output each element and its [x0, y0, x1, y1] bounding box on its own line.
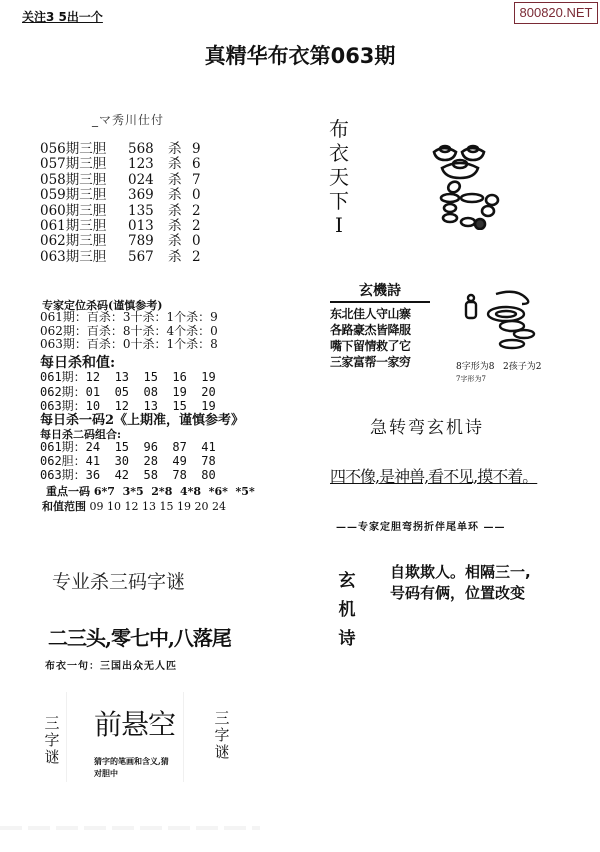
page-title: 真精华布衣第063期 — [0, 40, 600, 70]
period-label: 060期三胆 — [40, 204, 128, 219]
xuanji-poem-text: 自欺欺人。相隔三一, 号码有俩，位置改变 — [390, 562, 531, 604]
daily-sum-title: 每日杀和值: — [40, 352, 115, 372]
list-item: 061期：12 13 15 16 19 — [40, 370, 216, 385]
urgent-poem-title: 急转弯玄机诗 — [0, 413, 600, 438]
key-code-row: 重点一码 6*7 3*5 2*8 4*8 *6* *5* — [46, 483, 255, 499]
dan-numbers: 789 — [128, 234, 168, 249]
char: 三 — [44, 715, 60, 732]
dan-numbers: 135 — [128, 204, 168, 219]
char: 玄 — [337, 567, 357, 596]
three-char-riddle-label-right: 三 字 谜 — [214, 710, 230, 761]
kill-number: 0 — [192, 188, 212, 203]
list-item: 056期三胆568杀9 — [40, 142, 212, 157]
poem-line: 三家富帮一家穷 — [330, 354, 430, 370]
sum-range-row: 和值范围 09 10 12 13 15 19 20 24 — [42, 498, 226, 514]
kill-number: 7 — [192, 173, 212, 188]
faint-footer-artifact — [0, 826, 260, 830]
xuanji-poem-box: 玄機詩 东北佳人守山寨 各路豪杰皆降服 嘴下留情救了它 三家富帮一家穷 — [330, 280, 430, 370]
period-label: 063期三胆 — [40, 250, 128, 265]
gold-ingot-stack-icon — [428, 140, 518, 230]
dan-numbers: 024 — [128, 173, 168, 188]
char: 衣 — [328, 141, 350, 165]
kill-label: 杀 — [168, 219, 192, 234]
char: 布 — [328, 117, 350, 141]
period-label: 057期三胆 — [40, 157, 128, 172]
poem-line: 各路豪杰皆降服 — [330, 322, 430, 338]
poem-line: 自欺欺人。相隔三一, — [390, 562, 531, 583]
kill-number: 0 — [192, 234, 212, 249]
period-label: 062期三胆 — [40, 234, 128, 249]
period-label: 056期三胆 — [40, 142, 128, 157]
key-code-values: 6*7 3*5 2*8 4*8 *6* *5* — [94, 485, 255, 498]
poem-line: 东北佳人守山寨 — [330, 306, 430, 322]
buyi-line: 布衣一句：三国出众无人匹 — [45, 657, 177, 672]
position-kill-list: 061期：百杀：3十杀：1个杀：9 062期：百杀：8十杀：4个杀：0 063期… — [40, 311, 218, 352]
sum-range-label: 和值范围 — [42, 500, 86, 513]
three-dan-list: 056期三胆568杀9 057期三胆123杀6 058期三胆024杀7 059期… — [40, 142, 212, 265]
kill-label: 杀 — [168, 188, 192, 203]
riddle-hint: 猜字的笔画和含义,猜对胆中 — [94, 755, 174, 779]
caption-line: 8字形为8 2孩子为2 — [456, 361, 542, 373]
poem-title: 玄機詩 — [330, 280, 430, 303]
list-item: 062期：百杀：8十杀：4个杀：0 — [40, 325, 218, 339]
poem-line: 嘴下留情救了它 — [330, 338, 430, 354]
char: 天 — [328, 165, 350, 189]
kill-number: 6 — [192, 157, 212, 172]
sum-range-values: 09 10 12 13 15 19 20 24 — [90, 500, 226, 513]
list-item: 061期：百杀：3十杀：1个杀：9 — [40, 311, 218, 325]
kill-label: 杀 — [168, 250, 192, 265]
list-item: 062期三胆789杀0 — [40, 234, 212, 249]
list-item: 061期：24 15 96 87 41 — [40, 440, 216, 454]
char: 谜 — [214, 744, 230, 761]
riddle-word: 前悬空 — [94, 703, 175, 743]
section-title-three-dan: _マ秀川仕付 — [92, 111, 164, 128]
char: 字 — [214, 727, 230, 744]
char: 机 — [337, 596, 357, 625]
dan-numbers: 123 — [128, 157, 168, 172]
gourd-bottle-icon — [462, 288, 552, 352]
period-label: 061期三胆 — [40, 219, 128, 234]
key-code-label: 重点一码 — [46, 485, 90, 498]
expert-dan-bar: ——专家定胆弯拐折伴尾单环 —— — [336, 518, 505, 533]
list-item: 062期：01 05 08 19 20 — [40, 385, 216, 400]
kill-label: 杀 — [168, 204, 192, 219]
top-note: 关注3 5出一个 — [22, 8, 103, 25]
site-watermark: 800820.NET — [514, 2, 598, 24]
vertical-buyi-title: 布 衣 天 下 I — [328, 117, 350, 237]
beast-riddle-line: 四不像,是神兽,看不见,摸不着。 — [330, 464, 537, 487]
char: 谜 — [44, 749, 60, 766]
riddle-answer: 二三头,零七中,八落尾 — [48, 622, 231, 651]
gourd-caption: 8字形为8 2孩子为2 7字形为7 — [456, 361, 542, 385]
kill-number: 2 — [192, 204, 212, 219]
daily-kill-two-list: 061期：24 15 96 87 41 062胆：41 30 28 49 78 … — [40, 440, 216, 482]
poem-lines: 东北佳人守山寨 各路豪杰皆降服 嘴下留情救了它 三家富帮一家穷 — [330, 306, 430, 370]
char: 诗 — [337, 625, 357, 654]
kill-label: 杀 — [168, 234, 192, 249]
kill-label: 杀 — [168, 157, 192, 172]
kill-number: 2 — [192, 250, 212, 265]
char: I — [328, 213, 350, 237]
list-item: 063期三胆567杀2 — [40, 250, 212, 265]
dan-numbers: 568 — [128, 142, 168, 157]
kill-number: 2 — [192, 219, 212, 234]
list-item: 057期三胆123杀6 — [40, 157, 212, 172]
three-char-riddle-label-left: 三 字 谜 — [44, 715, 60, 766]
list-item: 061期三胆013杀2 — [40, 219, 212, 234]
dan-numbers: 369 — [128, 188, 168, 203]
list-item: 062胆：41 30 28 49 78 — [40, 454, 216, 468]
list-item: 063期：百杀：0十杀：1个杀：8 — [40, 338, 218, 352]
list-item: 063期：36 42 58 78 80 — [40, 468, 216, 482]
riddle-title: 专业杀三码字谜 — [52, 567, 185, 594]
char: 下 — [328, 189, 350, 213]
char: 字 — [44, 732, 60, 749]
list-item: 058期三胆024杀7 — [40, 173, 212, 188]
vertical-xuanji-title: 玄 机 诗 — [337, 567, 357, 654]
list-item: 060期三胆135杀2 — [40, 204, 212, 219]
daily-sum-list: 061期：12 13 15 16 19 062期：01 05 08 19 20 … — [40, 370, 216, 414]
period-label: 058期三胆 — [40, 173, 128, 188]
kill-label: 杀 — [168, 142, 192, 157]
caption-line: 7字形为7 — [456, 373, 542, 385]
poem-line: 号码有俩，位置改变 — [390, 583, 531, 604]
char: 三 — [214, 710, 230, 727]
list-item: 059期三胆369杀0 — [40, 188, 212, 203]
dan-numbers: 567 — [128, 250, 168, 265]
period-label: 059期三胆 — [40, 188, 128, 203]
dan-numbers: 013 — [128, 219, 168, 234]
kill-number: 9 — [192, 142, 212, 157]
kill-label: 杀 — [168, 173, 192, 188]
